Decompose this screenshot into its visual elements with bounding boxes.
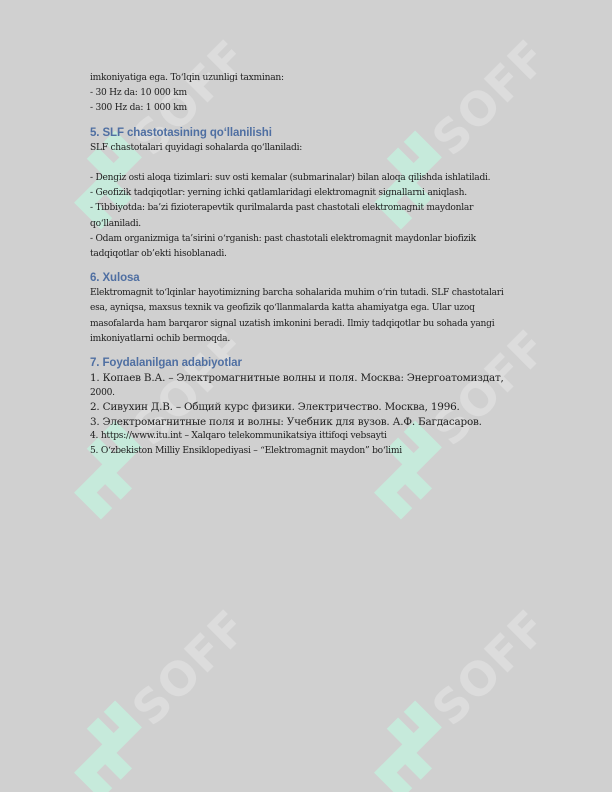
reference-item: 5. O‘zbekiston Milliy Ensiklopediyasi – … [90, 444, 530, 459]
paragraph-line: SLF chastotalari quyidagi sohalarda qo‘l… [90, 141, 530, 156]
soff-watermark: SOFF [66, 600, 256, 792]
section-heading-6: 6. Xulosa [90, 270, 530, 286]
paragraph-line: imkoniyatiga ega. To‘lqin uzunligi taxmi… [90, 71, 530, 86]
watermark-text: SOFF [422, 600, 556, 736]
paragraph-line: esa, ayniqsa, maxsus texnik va geofizik … [90, 301, 530, 316]
paragraph-line: imkoniyatlarni ochib bermoqda. [90, 332, 530, 347]
list-item: - 300 Hz da: 1 000 km [90, 101, 530, 116]
document-page: SOFF SOFF SOFF SOFF SOFF SOFF imkoniyati… [0, 0, 612, 792]
paragraph-line: masofalarda ham barqaror signal uzatish … [90, 317, 530, 332]
reference-item: 3. Электромагнитные поля и волны: Учебни… [90, 415, 530, 430]
reference-item: 2. Сивухин Д.В. – Общий курс физики. Эле… [90, 400, 530, 415]
list-item: - 30 Hz da: 10 000 km [90, 86, 530, 101]
soff-logo-icon: SOFF [366, 600, 556, 792]
section-heading-5: 5. SLF chastotasining qo‘llanilishi [90, 125, 530, 141]
reference-item-continuation: 2000. [90, 386, 530, 401]
list-item: - Tibbiyotda: ba’zi fizioterapevtik quri… [90, 201, 530, 216]
soff-logo-icon: SOFF [66, 600, 256, 792]
paragraph-line: Elektromagnit to‘lqinlar hayotimizning b… [90, 286, 530, 301]
list-item: - Geofizik tadqiqotlar: yerning ichki qa… [90, 186, 530, 201]
reference-item-link: 4. https://www.itu.int – Xalqaro telekom… [90, 429, 530, 444]
list-item-continuation: tadqiqotlar ob’ekti hisoblanadi. [90, 247, 530, 262]
soff-watermark: SOFF [366, 600, 556, 792]
list-item: - Odam organizmiga ta’sirini o‘rganish: … [90, 232, 530, 247]
watermark-text: SOFF [122, 600, 256, 736]
section-heading-7: 7. Foydalanilgan adabiyotlar [90, 355, 530, 371]
list-item-continuation: qo‘llaniladi. [90, 217, 530, 232]
reference-item: 1. Копаев В.А. – Электромагнитные волны … [90, 371, 530, 386]
list-item: - Dengiz osti aloqa tizimlari: suv osti … [90, 171, 530, 186]
document-body: imkoniyatiga ega. To‘lqin uzunligi taxmi… [90, 71, 530, 459]
